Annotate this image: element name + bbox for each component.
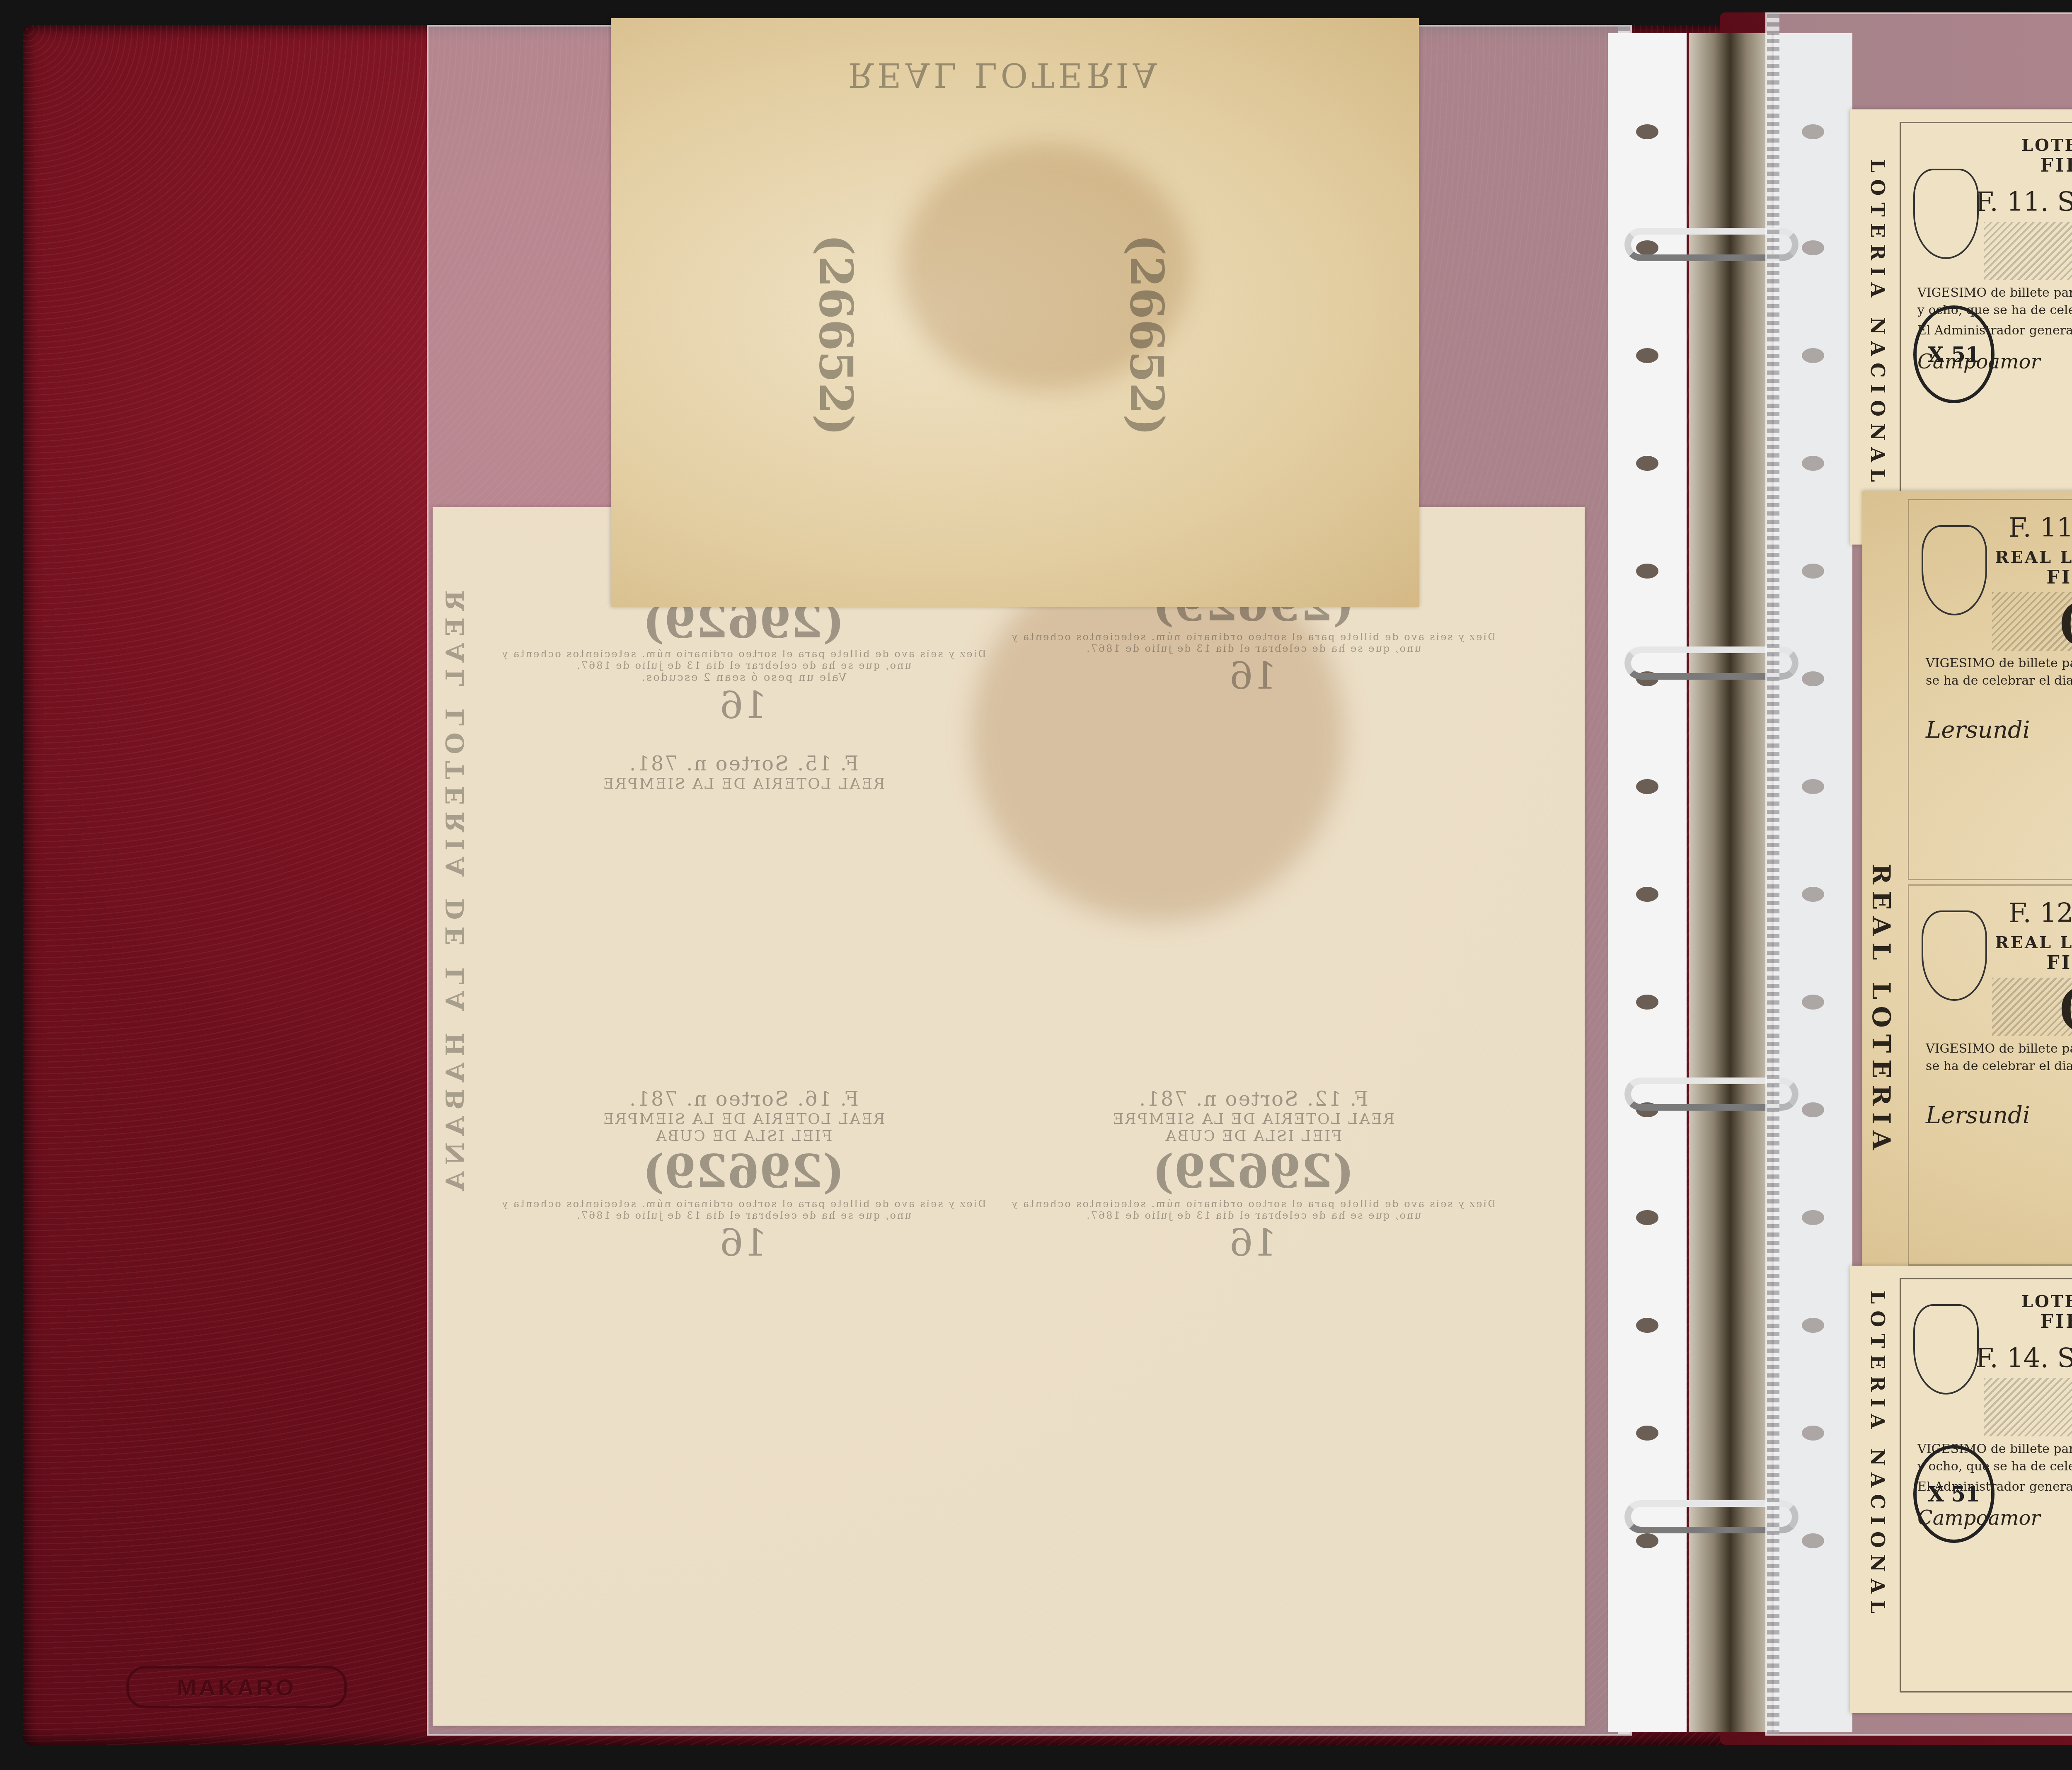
ticket-number: (25571) [1992, 978, 2072, 1036]
stamp-seal: X 51 [1913, 1445, 1995, 1543]
plastic-sleeve-left: REAL LOTERIA DE LA HABANA FIEL ISLA DE C… [427, 25, 1632, 1736]
mirrored-ticket: FIEL ISLA DE CUBA (29629) Diez y seis av… [495, 578, 992, 792]
ticket-strip-top: LOTERIA NACIONAL LOTERIA DE LA SIEMPRE F… [1850, 109, 2072, 545]
ticket-header: REAL LOTERIA DE LA SIEMPRE [495, 775, 992, 792]
sheet-border-text: REAL LOTERIA DE LA HABANA [441, 590, 470, 1198]
binder-brand-emboss: MAKARO [126, 1666, 347, 1708]
rotated-ticket: REAL LOTERIA [694, 56, 1315, 94]
punch-hole [1636, 887, 1658, 902]
punch-hole [1636, 564, 1658, 579]
punch-hole [1636, 348, 1658, 363]
ticket-number: (26652) [809, 234, 863, 436]
punch-hole [1636, 995, 1658, 1010]
ticket-strip-bottom: LOTERIA NACIONAL LOTERIA DE LA SIEMPRE F… [1850, 1266, 2072, 1713]
sleeve-edge [1767, 14, 1779, 1734]
ticket-subheader: FIEL ISLA DE CUBA [495, 1128, 992, 1145]
rotated-ticket: (26652) [1120, 234, 1174, 436]
ticket-series: F. 15. Sorteo n. 781. [495, 752, 992, 775]
lottery-ticket: F. 11. Sorteo n. 802. REAL LOTERIA DE LA… [1908, 499, 2072, 880]
rotated-ticket: (26652) [809, 234, 863, 436]
plastic-sleeve-right: LOTERIA NACIONAL LOTERIA DE LA SIEMPRE F… [1765, 12, 2072, 1736]
signature: Lersundi [1926, 717, 2072, 743]
ticket-body: Diez y seis avo de billete para el sorte… [495, 1198, 992, 1221]
ticket-header: REAL LOTERIA DE LA SIEMPRE [495, 1111, 992, 1128]
ticket-denomination: 16 [1005, 654, 1502, 698]
ticket-denomination: 16 [495, 684, 992, 727]
ticket-number: (25571) [1992, 592, 2072, 651]
mirrored-ticket: F. 12. Sorteo n. 781. REAL LOTERIA DE LA… [1005, 1087, 1502, 1265]
ticket-number: (26652) [1120, 234, 1174, 436]
lottery-ticket: F. 12. Sorteo n. 802. REAL LOTERIA DE LA… [1908, 884, 2072, 1266]
lottery-ticket: LOTERIA DE LA SIEMPRE FIEL ISLA DE CUBA … [1900, 1278, 2072, 1693]
ticket-body: Diez y seis avo de billete para el sorte… [495, 648, 992, 671]
ticket-number: (652) [1984, 1378, 2072, 1436]
ticket-sheet-back: REAL LOTERIA DE LA HABANA FIEL ISLA DE C… [433, 507, 1585, 1726]
coat-of-arms-icon [1922, 525, 1987, 615]
ticket-series: F. 11. Sorteo núm. 848. K [1975, 187, 2072, 218]
lottery-ticket: LOTERIA DE LA SIEMPRE FIEL ISLA DE CUBA … [1900, 122, 2072, 536]
series-text: F. 11. Sorteo núm. 848. [1975, 187, 2072, 218]
ticket-body: Diez y seis avo de billete para el sorte… [1005, 1198, 1502, 1221]
ticket-body: VIGESIMO de billete para el sorteo ordin… [1926, 1040, 2072, 1075]
ticket-sheet-top: REAL LOTERIA (26652) (26652) [611, 18, 1419, 607]
ticket-series: F. 11. Sorteo n. 802. [2009, 513, 2072, 543]
ticket-header: LOTERIA DE LA SIEMPRE [1917, 136, 2072, 155]
ticket-side-text: LOTERIA NACIONAL [1866, 159, 1889, 489]
ticket-sheet-middle: REAL LOTERIA ISLA DE CUBA F. 11. Sorteo … [1862, 491, 2072, 1291]
punch-hole [1636, 1533, 1658, 1548]
coat-of-arms-icon [1913, 169, 1979, 259]
coat-of-arms-icon [1922, 910, 1987, 1001]
punch-hole [1636, 456, 1658, 471]
ticket-number: (652) [1984, 222, 2072, 280]
punch-hole [1636, 779, 1658, 794]
signature: Lersundi [1926, 1102, 2072, 1129]
punch-hole [1636, 1210, 1658, 1225]
ticket-denomination: 16 [495, 1221, 992, 1265]
coat-of-arms-icon [1913, 1304, 1979, 1395]
punch-hole [1636, 1318, 1658, 1333]
punch-hole [1636, 1426, 1658, 1441]
sleeve-hole-strip-left [1608, 33, 1687, 1732]
sheet-side-text: REAL LOTERIA [1866, 864, 1895, 1157]
ticket-series: F. 14. Sorteo núm. 848. W [1975, 1343, 2072, 1374]
value-label: Vale un peso ó sean 2 escudos. [1926, 694, 2072, 708]
ticket-series: F. 12. Sorteo n. 802. [2009, 898, 2072, 929]
stamp-seal: X 51 [1913, 305, 1995, 403]
ticket-number: (29629) [495, 1145, 992, 1198]
ticket-body: VIGESIMO de billete para el sorteo ordin… [1926, 655, 2072, 690]
ticket-number: (29629) [1005, 1145, 1502, 1198]
ring-mechanism-rod [1689, 33, 1772, 1732]
series-text: F. 14. Sorteo núm. 848. [1975, 1343, 2072, 1374]
ticket-side-text: LOTERIA NACIONAL [1866, 1291, 1889, 1620]
value-label: Vale un peso ó sean 2 escudos. [1926, 1079, 2072, 1094]
punch-hole [1636, 124, 1658, 139]
ticket-series: F. 12. Sorteo n. 781. [1005, 1087, 1502, 1111]
ticket-value: Vale un peso ó sean 2 escudos. [495, 671, 992, 684]
ticket-header: REAL LOTERIA [694, 56, 1315, 94]
ticket-subheader: FIEL ISLA DE CUBA [1005, 1128, 1502, 1145]
ticket-series: F. 16. Sorteo n. 781. [495, 1087, 992, 1111]
mirrored-ticket: F. 16. Sorteo n. 781. REAL LOTERIA DE LA… [495, 1087, 992, 1265]
ticket-body: Diez y seis avo de billete para el sorte… [1005, 631, 1502, 654]
ticket-header: REAL LOTERIA DE LA SIEMPRE [1005, 1111, 1502, 1128]
ticket-denomination: 16 [1005, 1221, 1502, 1265]
